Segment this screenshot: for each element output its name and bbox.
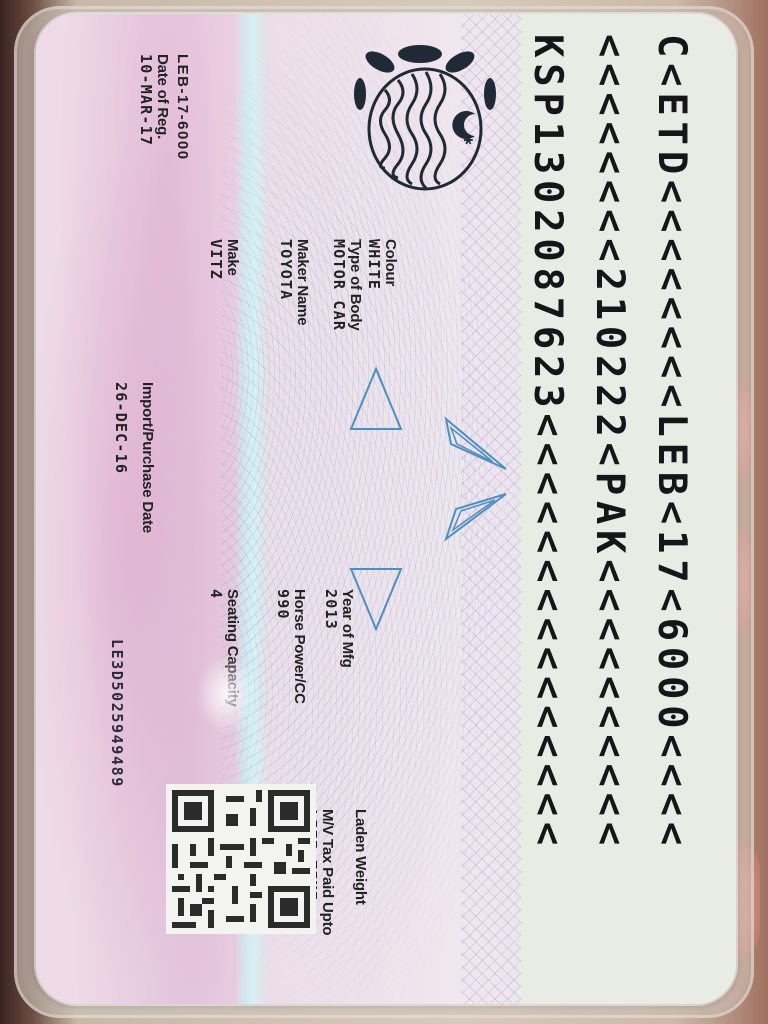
qr-code-icon: [166, 784, 316, 934]
chassis-number: LE3D5025949489: [108, 639, 126, 788]
mrz-line-1: C<ETD<<<<<<<<LEB<17<6000<<<<: [640, 34, 702, 851]
triangle-icon: [441, 484, 511, 544]
field-laden-weight: Laden Weight: [352, 809, 369, 905]
colour-label: Colour: [382, 239, 399, 290]
svg-text:✱: ✱: [461, 135, 475, 145]
type-of-body-label: Type of Body: [347, 239, 364, 331]
year-of-mfg-label: Year of Mfg: [339, 589, 356, 668]
mv-tax-paid-label: M/V Tax Paid Upto: [319, 809, 336, 935]
registration-number: LEB-17-6000: [174, 54, 191, 161]
field-colour: Colour WHITE: [365, 239, 399, 290]
date-of-reg-label: Date of Reg.: [154, 54, 171, 146]
colour-value: WHITE: [365, 239, 382, 290]
mrz-line-2: <<<<<<<<210222<PAK<<<<<<<<<<: [578, 34, 640, 851]
light-glare: [196, 654, 256, 734]
triangle-icon: [441, 414, 511, 474]
field-horse-power: Horse Power/CC 990: [274, 589, 308, 704]
field-make: Make VITZ: [207, 239, 241, 280]
mrz-line-3: KSP1302087623<<<<<<<<<<<<<<<: [516, 34, 578, 851]
field-date-of-reg: Date of Reg. 10-MAR-17: [137, 54, 171, 146]
field-maker-name: Maker Name TOYOTA: [277, 239, 311, 325]
type-of-body-value: MOTOR CAR: [330, 239, 347, 331]
import-purchase-date-value: 26-DEC-16: [112, 382, 129, 533]
date-of-reg-value: 10-MAR-17: [137, 54, 154, 146]
laden-weight-label: Laden Weight: [352, 809, 369, 905]
year-of-mfg-value: 2013: [322, 589, 339, 668]
registration-card: C<ETD<<<<<<<<LEB<17<6000<<<< <<<<<<<<210…: [36, 14, 736, 1004]
field-import-purchase-date: Import/Purchase Date 26-DEC-16: [112, 382, 156, 533]
government-seal-icon: ✱: [350, 34, 500, 204]
field-type-of-body: Type of Body MOTOR CAR: [330, 239, 364, 331]
machine-readable-zone: C<ETD<<<<<<<<LEB<17<6000<<<< <<<<<<<<210…: [516, 34, 702, 851]
maker-name-label: Maker Name: [294, 239, 311, 325]
horse-power-value: 990: [274, 589, 291, 704]
field-year-of-mfg: Year of Mfg 2013: [322, 589, 356, 668]
registration-card-frame: C<ETD<<<<<<<<LEB<17<6000<<<< <<<<<<<<210…: [36, 14, 736, 1004]
make-label: Make: [224, 239, 241, 280]
maker-name-value: TOYOTA: [277, 239, 294, 325]
import-purchase-date-label: Import/Purchase Date: [139, 382, 156, 533]
horse-power-label: Horse Power/CC: [291, 589, 308, 704]
triangle-icon: [346, 364, 406, 434]
make-value: VITZ: [207, 239, 224, 280]
